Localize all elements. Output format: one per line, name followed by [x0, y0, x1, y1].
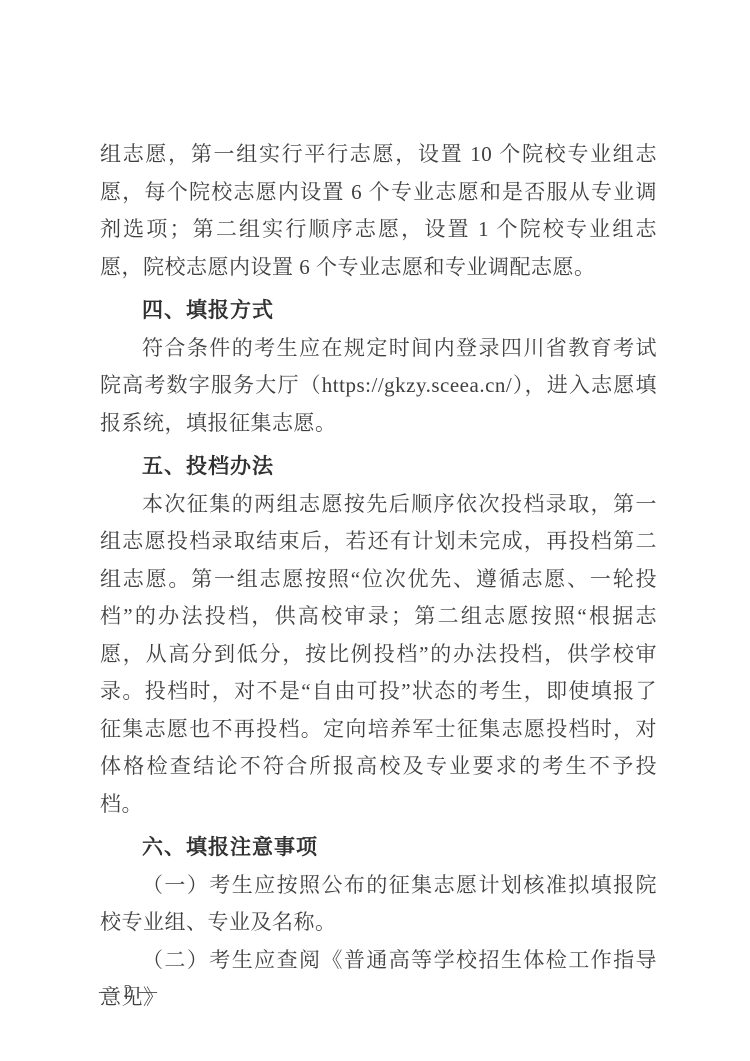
section-heading: 四、填报方式 — [100, 292, 657, 330]
body-paragraph: （二）考生应查阅《普通高等学校招生体检工作指导意见》 — [100, 942, 657, 1017]
body-paragraph: （一）考生应按照公布的征集志愿计划核准拟填报院校专业组、专业及名称。 — [100, 867, 657, 942]
section-heading: 六、填报注意事项 — [100, 829, 657, 867]
body-paragraph: 符合条件的考生应在规定时间内登录四川省教育考试院高考数字服务大厅（https:/… — [100, 330, 657, 443]
page-number: — 2 — — [99, 981, 158, 1002]
document-page: 组志愿，第一组实行平行志愿，设置 10 个院校专业组志愿，每个院校志愿内设置 6… — [0, 0, 750, 1061]
body-paragraph: 本次征集的两组志愿按先后顺序依次投档录取，第一组志愿投档录取结束后，若还有计划未… — [100, 486, 657, 824]
page-content: 组志愿，第一组实行平行志愿，设置 10 个院校专业组志愿，每个院校志愿内设置 6… — [0, 0, 750, 1061]
body-paragraph: 组志愿，第一组实行平行志愿，设置 10 个院校专业组志愿，每个院校志愿内设置 6… — [100, 136, 657, 286]
section-heading: 五、投档办法 — [100, 448, 657, 486]
